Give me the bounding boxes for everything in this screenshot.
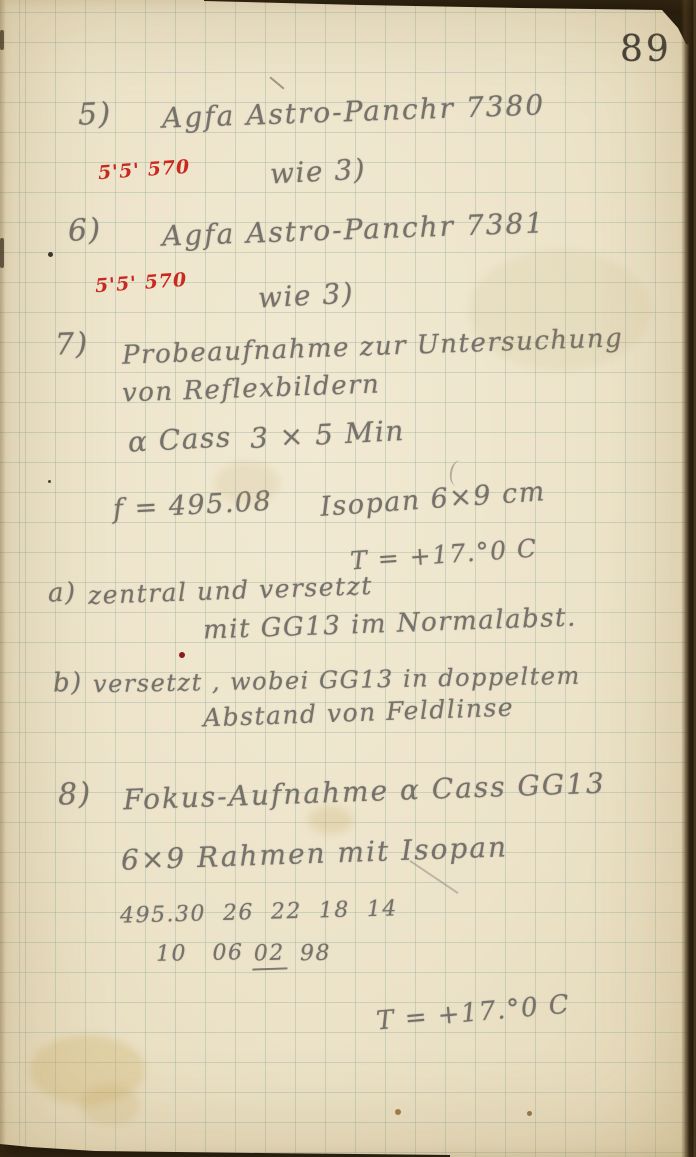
scan-edge-dash — [0, 238, 4, 268]
entry-7b-line1: versetzt , wobei GG13 in doppeltem — [93, 664, 581, 697]
notebook-page: 89 5) Agfa Astro-Panchr 7380 5'5' 570 wi… — [0, 0, 696, 1157]
entry-6-label: 6) — [67, 215, 102, 247]
entry-8-line2: 6×9 Rahmen mit Isopan — [121, 833, 509, 874]
scan-edge-left-shadow — [0, 0, 6, 1157]
entry-7-label: 7) — [54, 329, 89, 360]
red-ink-dot — [179, 652, 185, 658]
paper-stain — [470, 250, 650, 370]
scan-edge-bottom — [0, 1138, 450, 1157]
entry-5-reference: wie 3) — [269, 156, 366, 189]
entry-7a-line1: zentral und versetzt — [88, 573, 374, 608]
entry-8-readings-row2-part1: 10 06 — [156, 942, 244, 966]
paper-stain — [215, 462, 280, 504]
entry-7a-line2: mit GG13 im Normalabst. — [203, 604, 577, 643]
entry-8-readings-underlined-value: 02 — [252, 942, 288, 970]
entry-7b-label: b) — [53, 669, 84, 696]
brown-stain-dot — [527, 1111, 532, 1116]
entry-7-instrument: α Cass — [127, 423, 232, 456]
entry-5-red-annotation: 5'5' 570 — [97, 158, 190, 183]
entry-7b-line2: Abstand von Feldlinse — [203, 695, 515, 731]
paper-stain — [80, 1085, 140, 1125]
entry-6-red-annotation: 5'5' 570 — [94, 271, 187, 296]
entry-8-label: 8) — [57, 779, 92, 810]
entry-8-temperature: T = +17.°0 C — [375, 992, 571, 1035]
entry-7a-label: a) — [48, 580, 78, 607]
paper-stain — [308, 806, 353, 834]
page-number: 89 — [620, 32, 672, 68]
ink-speck — [48, 480, 51, 483]
brown-stain-dot — [395, 1109, 401, 1115]
scan-edge-top — [0, 0, 696, 46]
entry-7-temperature: T = +17.°0 C — [349, 535, 538, 573]
entry-5-label: 5) — [77, 99, 112, 130]
entry-7-exposure: 3 × 5 Min — [249, 417, 405, 453]
entry-5-title: Agfa Astro-Panchr 7380 — [162, 91, 546, 132]
entry-8-readings-row2-part2: 98 — [300, 943, 331, 966]
stray-pencil-slash — [269, 76, 284, 89]
ink-speck — [48, 252, 53, 257]
entry-8-line1: Fokus-Aufnahme α Cass GG13 — [123, 770, 607, 815]
entry-6-reference: wie 3) — [257, 280, 354, 313]
entry-7-line2: von Reflexbildern — [122, 372, 381, 407]
entry-8-readings-row1: 495.30 26 22 18 14 — [120, 898, 398, 927]
entry-7-film: Isopan 6×9 cm — [319, 478, 546, 521]
entry-6-title: Agfa Astro-Panchr 7381 — [162, 209, 546, 250]
scan-edge-dash — [0, 30, 4, 50]
scan-edge-right — [681, 0, 696, 1157]
